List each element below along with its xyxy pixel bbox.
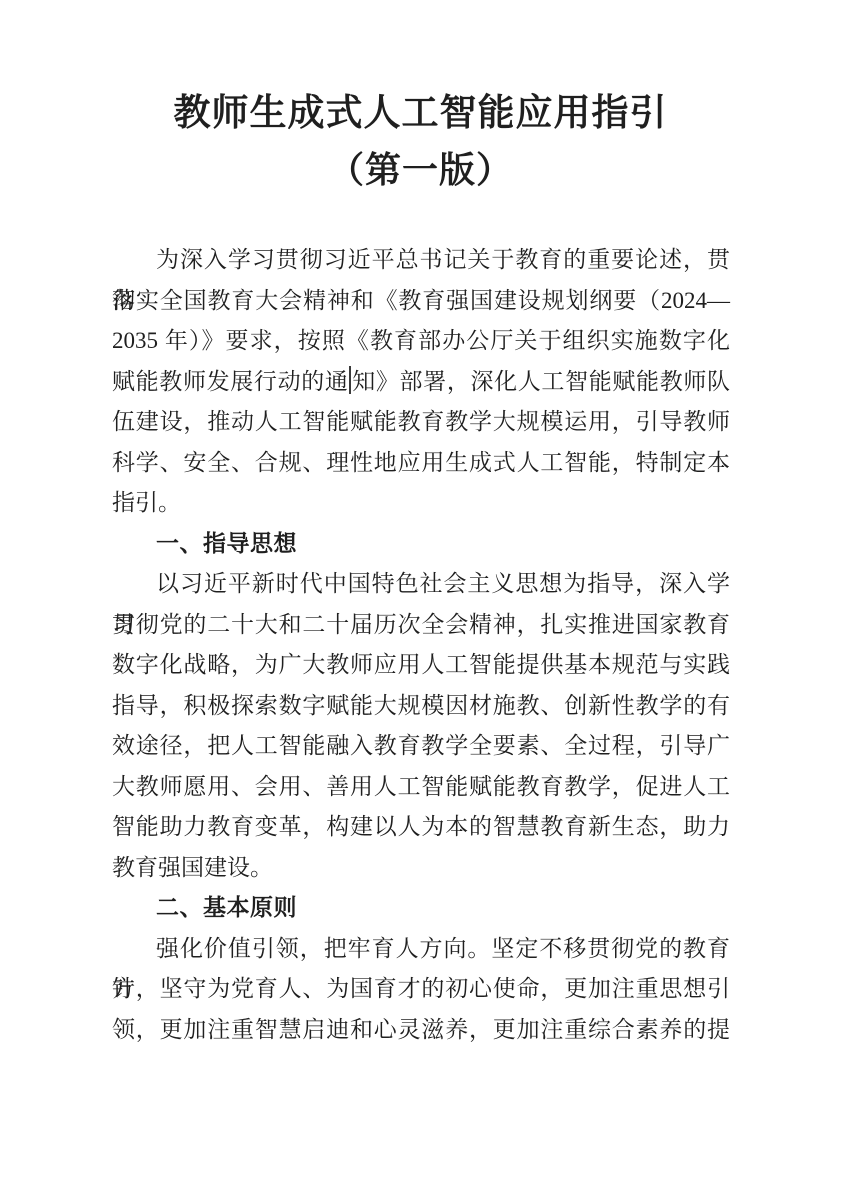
text-line[interactable]: 指引。 xyxy=(112,483,730,524)
text-before-caret: 赋能教师发展行动的通 xyxy=(112,369,349,394)
text-line[interactable]: 为深入学习贯彻习近平总书记关于教育的重要论述，贯彻 xyxy=(112,240,730,281)
paragraph-3: 强化价值引领，把牢育人方向。坚定不移贯彻党的教育方 针，坚守为党育人、为国育才的… xyxy=(112,929,730,1051)
text-line[interactable]: 强化价值引领，把牢育人方向。坚定不移贯彻党的教育方 xyxy=(112,929,730,970)
section-heading-2[interactable]: 二、基本原则 xyxy=(112,888,730,929)
text-line[interactable]: 智能助力教育变革，构建以人为本的智慧教育新生态，助力 xyxy=(112,807,730,848)
text-line[interactable]: 2035 年）》要求，按照《教育部办公厅关于组织实施数字化 xyxy=(112,321,730,362)
text-line[interactable]: 以习近平新时代中国特色社会主义思想为指导，深入学习 xyxy=(112,564,730,605)
text-line[interactable]: 领，更加注重智慧启迪和心灵滋养，更加注重综合素养的提 xyxy=(112,1010,730,1051)
document-body[interactable]: 为深入学习贯彻习近平总书记关于教育的重要论述，贯彻 落实全国教育大会精神和《教育… xyxy=(112,240,730,1050)
text-line[interactable]: 数字化战略，为广大教师应用人工智能提供基本规范与实践 xyxy=(112,645,730,686)
text-line[interactable]: 指导，积极探索数字赋能大规模因材施教、创新性教学的有 xyxy=(112,686,730,727)
text-line[interactable]: 效途径，把人工智能融入教育教学全要素、全过程，引导广 xyxy=(112,726,730,767)
title-block: 教师生成式人工智能应用指引 （第一版） xyxy=(0,0,841,198)
text-line[interactable]: 伍建设，推动人工智能赋能教育教学大规模运用，引导教师 xyxy=(112,402,730,443)
text-line[interactable]: 教育强国建设。 xyxy=(112,848,730,889)
document-title[interactable]: 教师生成式人工智能应用指引 xyxy=(0,86,841,142)
text-line[interactable]: 贯彻党的二十大和二十届历次全会精神，扎实推进国家教育 xyxy=(112,605,730,646)
document-page[interactable]: 教师生成式人工智能应用指引 （第一版） 为深入学习贯彻习近平总书记关于教育的重要… xyxy=(0,0,841,1182)
text-line[interactable]: 落实全国教育大会精神和《教育强国建设规划纲要（2024— xyxy=(112,281,730,322)
text-after-caret: 知》部署，深化人工智能赋能教师队 xyxy=(352,369,730,394)
section-heading-1[interactable]: 一、指导思想 xyxy=(112,524,730,565)
text-line-with-caret[interactable]: 赋能教师发展行动的通知》部署，深化人工智能赋能教师队 xyxy=(112,362,730,403)
paragraph-2: 以习近平新时代中国特色社会主义思想为指导，深入学习 贯彻党的二十大和二十届历次全… xyxy=(112,564,730,888)
paragraph-1: 为深入学习贯彻习近平总书记关于教育的重要论述，贯彻 落实全国教育大会精神和《教育… xyxy=(112,240,730,524)
document-subtitle[interactable]: （第一版） xyxy=(0,142,841,198)
text-line[interactable]: 大教师愿用、会用、善用人工智能赋能教育教学，促进人工 xyxy=(112,767,730,808)
text-line[interactable]: 科学、安全、合规、理性地应用生成式人工智能，特制定本 xyxy=(112,443,730,484)
text-line[interactable]: 针，坚守为党育人、为国育才的初心使命，更加注重思想引 xyxy=(112,969,730,1010)
